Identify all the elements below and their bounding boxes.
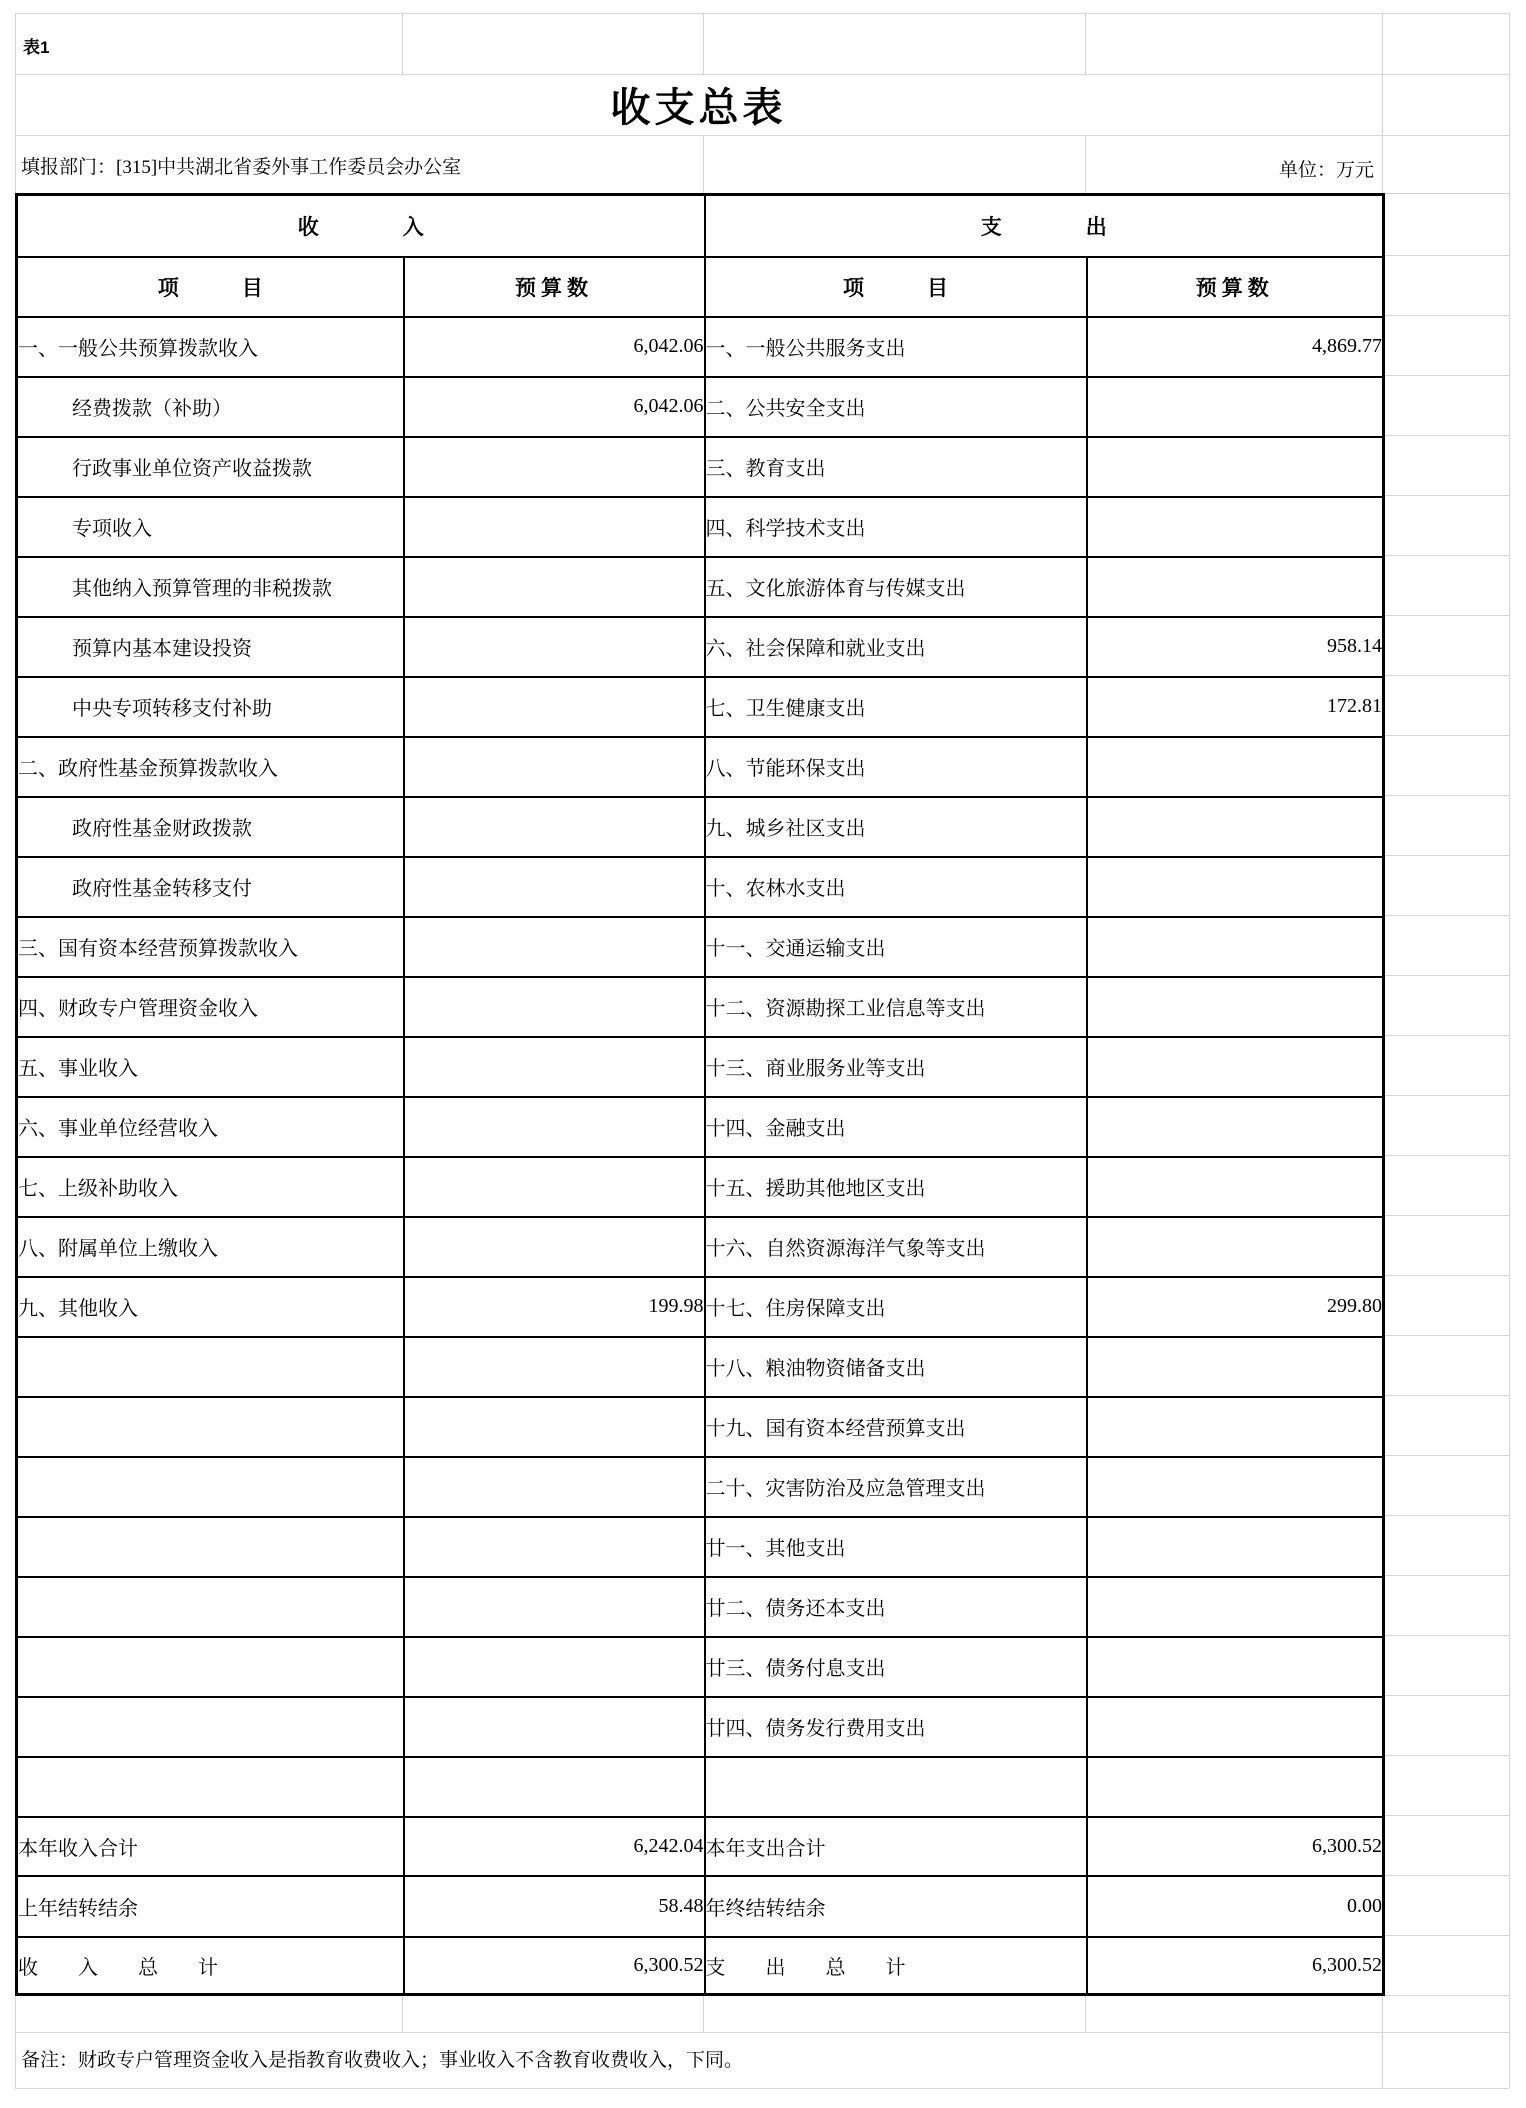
table-row: 八、附属单位上缴收入十六、自然资源海洋气象等支出 (17, 1217, 1384, 1277)
column-header-row: 项 目 预算数 项 目 预算数 (17, 257, 1384, 317)
table-row: 九、其他收入199.98十七、住房保障支出299.80 (17, 1277, 1384, 1337)
table-row: 二、政府性基金预算拨款收入八、节能环保支出 (17, 737, 1384, 797)
expense-label-cell[interactable]: 廿二、债务还本支出 (705, 1577, 1087, 1637)
income-value-cell[interactable]: 6,042.06 (404, 377, 705, 437)
expense-label-cell[interactable]: 十五、援助其他地区支出 (705, 1157, 1087, 1217)
income-budget-header[interactable]: 预算数 (404, 257, 705, 317)
income-value-cell[interactable] (404, 1157, 705, 1217)
income-value-cell[interactable] (404, 1697, 705, 1757)
income-value-cell[interactable] (404, 917, 705, 977)
expense-label-cell[interactable]: 十四、金融支出 (705, 1097, 1087, 1157)
income-value-cell[interactable] (404, 1457, 705, 1517)
expense-value-cell[interactable]: 172.81 (1087, 677, 1384, 737)
income-item-header[interactable]: 项 目 (17, 257, 404, 317)
table-row: 四、财政专户管理资金收入十二、资源勘探工业信息等支出 (17, 977, 1384, 1037)
income-value-cell[interactable] (404, 1637, 705, 1697)
income-value-cell[interactable] (404, 977, 705, 1037)
expense-label-cell[interactable]: 年终结转结余 (705, 1876, 1087, 1937)
income-label-cell[interactable]: 其他纳入预算管理的非税拨款 (17, 557, 404, 617)
budget-table: 收 入 支 出 项 目 预算数 项 目 预算数 一、一般公共预算拨款收入6,04… (15, 193, 1385, 1996)
income-value-cell[interactable] (404, 437, 705, 497)
expense-value-cell[interactable]: 299.80 (1087, 1277, 1384, 1337)
table-row: 十九、国有资本经营预算支出 (17, 1397, 1384, 1457)
expense-label-cell[interactable]: 三、教育支出 (705, 437, 1087, 497)
expense-value-cell[interactable] (1087, 1757, 1384, 1817)
income-value-cell[interactable] (404, 497, 705, 557)
expense-label-cell[interactable]: 八、节能环保支出 (705, 737, 1087, 797)
gridline (15, 13, 1509, 14)
expense-value-cell[interactable] (1087, 1577, 1384, 1637)
expense-label-cell[interactable]: 十、农林水支出 (705, 857, 1087, 917)
income-label-cell[interactable] (17, 1637, 404, 1697)
income-label-cell[interactable] (17, 1517, 404, 1577)
expense-label-cell[interactable]: 十六、自然资源海洋气象等支出 (705, 1217, 1087, 1277)
gridline (15, 2088, 1509, 2089)
table-row: 五、事业收入十三、商业服务业等支出 (17, 1037, 1384, 1097)
expense-value-cell[interactable]: 6,300.52 (1087, 1937, 1384, 1995)
income-label-cell[interactable] (17, 1397, 404, 1457)
income-label-cell[interactable] (17, 1757, 404, 1817)
total-row: 收 入 总 计6,300.52支 出 总 计6,300.52 (17, 1937, 1384, 1995)
table-row: 中央专项转移支付补助七、卫生健康支出172.81 (17, 677, 1384, 737)
income-value-cell[interactable] (404, 1577, 705, 1637)
expense-value-cell[interactable] (1087, 1397, 1384, 1457)
sheet-label-cell[interactable]: 表1 (23, 33, 49, 58)
gridline (703, 135, 704, 193)
table-row: 预算内基本建设投资六、社会保障和就业支出958.14 (17, 617, 1384, 677)
gridline (703, 13, 704, 74)
expense-label-cell[interactable]: 十一、交通运输支出 (705, 917, 1087, 977)
gridline (703, 1993, 704, 2032)
table-row: 政府性基金财政拨款九、城乡社区支出 (17, 797, 1384, 857)
expense-value-cell[interactable] (1087, 1337, 1384, 1397)
total-row: 本年收入合计6,242.04本年支出合计6,300.52 (17, 1817, 1384, 1876)
expense-value-cell[interactable] (1087, 1097, 1384, 1157)
income-label-cell[interactable]: 六、事业单位经营收入 (17, 1097, 404, 1157)
expense-label-cell[interactable] (705, 1757, 1087, 1817)
expense-label-cell[interactable]: 廿三、债务付息支出 (705, 1637, 1087, 1697)
expense-value-cell[interactable] (1087, 737, 1384, 797)
expense-value-cell[interactable] (1087, 977, 1384, 1037)
expense-value-cell[interactable] (1087, 1037, 1384, 1097)
income-value-cell[interactable] (404, 1217, 705, 1277)
income-value-cell[interactable] (404, 1397, 705, 1457)
income-label-cell[interactable] (17, 1697, 404, 1757)
income-section-header[interactable]: 收 入 (17, 195, 705, 257)
expense-label-cell[interactable]: 廿四、债务发行费用支出 (705, 1697, 1087, 1757)
spreadsheet: 表1 收支总表 填报部门：[315]中共湖北省委外事工作委员会办公室 单位：万元… (0, 0, 1526, 2108)
income-label-cell[interactable]: 经费拨款（补助） (17, 377, 404, 437)
expense-label-cell[interactable]: 廿一、其他支出 (705, 1517, 1087, 1577)
expense-label-cell[interactable]: 五、文化旅游体育与传媒支出 (705, 557, 1087, 617)
income-value-cell[interactable] (404, 677, 705, 737)
gridline (15, 74, 1509, 75)
table-row: 廿一、其他支出 (17, 1517, 1384, 1577)
income-value-cell[interactable] (404, 1037, 705, 1097)
income-label-cell[interactable]: 预算内基本建设投资 (17, 617, 404, 677)
table-body: 一、一般公共预算拨款收入6,042.06一、一般公共服务支出4,869.77经费… (17, 317, 1384, 1995)
expense-value-cell[interactable] (1087, 1157, 1384, 1217)
expense-label-cell[interactable]: 本年支出合计 (705, 1817, 1087, 1876)
department-cell[interactable]: 填报部门：[315]中共湖北省委外事工作委员会办公室 (21, 152, 461, 179)
expense-value-cell[interactable]: 958.14 (1087, 617, 1384, 677)
total-row: 上年结转结余58.48年终结转结余0.00 (17, 1876, 1384, 1937)
gridline (15, 135, 1509, 136)
table-row: 三、国有资本经营预算拨款收入十一、交通运输支出 (17, 917, 1384, 977)
income-label-cell[interactable]: 八、附属单位上缴收入 (17, 1217, 404, 1277)
expense-label-cell[interactable]: 十二、资源勘探工业信息等支出 (705, 977, 1087, 1037)
income-label-cell[interactable]: 七、上级补助收入 (17, 1157, 404, 1217)
expense-label-cell[interactable]: 十九、国有资本经营预算支出 (705, 1397, 1087, 1457)
expense-value-cell[interactable] (1087, 557, 1384, 617)
table-row (17, 1757, 1384, 1817)
income-label-cell[interactable]: 上年结转结余 (17, 1876, 404, 1937)
expense-label-cell[interactable]: 四、科学技术支出 (705, 497, 1087, 557)
income-value-cell[interactable] (404, 1097, 705, 1157)
expense-label-cell[interactable]: 十七、住房保障支出 (705, 1277, 1087, 1337)
page-title[interactable]: 收支总表 (15, 76, 1382, 133)
expense-label-cell[interactable]: 二、公共安全支出 (705, 377, 1087, 437)
expense-value-cell[interactable]: 4,869.77 (1087, 317, 1384, 377)
income-value-cell[interactable]: 6,300.52 (404, 1937, 705, 1995)
expense-label-cell[interactable]: 支 出 总 计 (705, 1937, 1087, 1995)
income-value-cell[interactable]: 6,242.04 (404, 1817, 705, 1876)
income-label-cell[interactable]: 行政事业单位资产收益拨款 (17, 437, 404, 497)
income-label-cell[interactable]: 一、一般公共预算拨款收入 (17, 317, 404, 377)
expense-section-header[interactable]: 支 出 (705, 195, 1384, 257)
income-value-cell[interactable]: 58.48 (404, 1876, 705, 1937)
expense-value-cell[interactable] (1087, 1217, 1384, 1277)
gridline (15, 2032, 1509, 2033)
table-row: 廿四、债务发行费用支出 (17, 1697, 1384, 1757)
income-value-cell[interactable] (404, 617, 705, 677)
income-label-cell[interactable] (17, 1577, 404, 1637)
expense-value-cell[interactable] (1087, 437, 1384, 497)
expense-value-cell[interactable] (1087, 1457, 1384, 1517)
table-row: 二十、灾害防治及应急管理支出 (17, 1457, 1384, 1517)
gridline (402, 13, 403, 74)
income-value-cell[interactable] (404, 737, 705, 797)
gridline (1085, 1993, 1086, 2032)
income-label-cell[interactable]: 专项收入 (17, 497, 404, 557)
expense-value-cell[interactable] (1087, 1517, 1384, 1577)
expense-value-cell[interactable] (1087, 917, 1384, 977)
income-value-cell[interactable] (404, 797, 705, 857)
table-row: 六、事业单位经营收入十四、金融支出 (17, 1097, 1384, 1157)
income-label-cell[interactable]: 收 入 总 计 (17, 1937, 404, 1995)
gridline (1382, 13, 1383, 193)
table-row: 十八、粮油物资储备支出 (17, 1337, 1384, 1397)
income-label-cell[interactable]: 三、国有资本经营预算拨款收入 (17, 917, 404, 977)
income-label-cell[interactable]: 中央专项转移支付补助 (17, 677, 404, 737)
income-value-cell[interactable] (404, 1337, 705, 1397)
gridline (402, 1993, 403, 2032)
income-value-cell[interactable] (404, 857, 705, 917)
expense-label-cell[interactable]: 九、城乡社区支出 (705, 797, 1087, 857)
expense-value-cell[interactable] (1087, 497, 1384, 557)
gridline (1382, 1993, 1383, 2088)
expense-label-cell[interactable]: 七、卫生健康支出 (705, 677, 1087, 737)
income-label-cell[interactable]: 四、财政专户管理资金收入 (17, 977, 404, 1037)
expense-label-cell[interactable]: 六、社会保障和就业支出 (705, 617, 1087, 677)
income-value-cell[interactable] (404, 1517, 705, 1577)
income-value-cell[interactable]: 199.98 (404, 1277, 705, 1337)
gridline (1382, 193, 1509, 194)
table-row: 专项收入四、科学技术支出 (17, 497, 1384, 557)
income-label-cell[interactable] (17, 1457, 404, 1517)
table-row: 七、上级补助收入十五、援助其他地区支出 (17, 1157, 1384, 1217)
expense-value-cell[interactable] (1087, 1637, 1384, 1697)
income-label-cell[interactable]: 本年收入合计 (17, 1817, 404, 1876)
expense-label-cell[interactable]: 一、一般公共服务支出 (705, 317, 1087, 377)
table-row: 廿二、债务还本支出 (17, 1577, 1384, 1637)
expense-value-cell[interactable]: 0.00 (1087, 1876, 1384, 1937)
income-value-cell[interactable] (404, 1757, 705, 1817)
gridline (1085, 135, 1086, 193)
note-cell[interactable]: 备注：财政专户管理资金收入是指教育收费收入；事业收入不含教育收费收入，下同。 (21, 2045, 743, 2072)
income-value-cell[interactable]: 6,042.06 (404, 317, 705, 377)
gridline (1085, 13, 1086, 74)
expense-value-cell[interactable] (1087, 377, 1384, 437)
table-row: 行政事业单位资产收益拨款三、教育支出 (17, 437, 1384, 497)
gridline (15, 1993, 16, 2088)
table-row: 一、一般公共预算拨款收入6,042.06一、一般公共服务支出4,869.77 (17, 317, 1384, 377)
expense-value-cell[interactable] (1087, 797, 1384, 857)
income-label-cell[interactable]: 九、其他收入 (17, 1277, 404, 1337)
expense-label-cell[interactable]: 十三、商业服务业等支出 (705, 1037, 1087, 1097)
table-row: 其他纳入预算管理的非税拨款五、文化旅游体育与传媒支出 (17, 557, 1384, 617)
section-header-row: 收 入 支 出 (17, 195, 1384, 257)
income-value-cell[interactable] (404, 557, 705, 617)
table-row: 廿三、债务付息支出 (17, 1637, 1384, 1697)
income-label-cell[interactable]: 五、事业收入 (17, 1037, 404, 1097)
expense-value-cell[interactable] (1087, 857, 1384, 917)
expense-budget-header[interactable]: 预算数 (1087, 257, 1384, 317)
gridline (1509, 13, 1510, 2088)
unit-cell[interactable]: 单位：万元 (1279, 155, 1374, 182)
table-row: 经费拨款（补助）6,042.06二、公共安全支出 (17, 377, 1384, 437)
income-label-cell[interactable]: 二、政府性基金预算拨款收入 (17, 737, 404, 797)
income-label-cell[interactable] (17, 1337, 404, 1397)
income-label-cell[interactable]: 政府性基金转移支付 (17, 857, 404, 917)
expense-label-cell[interactable]: 二十、灾害防治及应急管理支出 (705, 1457, 1087, 1517)
gridline-right-strip (1382, 255, 1509, 1996)
income-label-cell[interactable]: 政府性基金财政拨款 (17, 797, 404, 857)
table-row: 政府性基金转移支付十、农林水支出 (17, 857, 1384, 917)
expense-value-cell[interactable] (1087, 1697, 1384, 1757)
expense-value-cell[interactable]: 6,300.52 (1087, 1817, 1384, 1876)
expense-label-cell[interactable]: 十八、粮油物资储备支出 (705, 1337, 1087, 1397)
expense-item-header[interactable]: 项 目 (705, 257, 1087, 317)
